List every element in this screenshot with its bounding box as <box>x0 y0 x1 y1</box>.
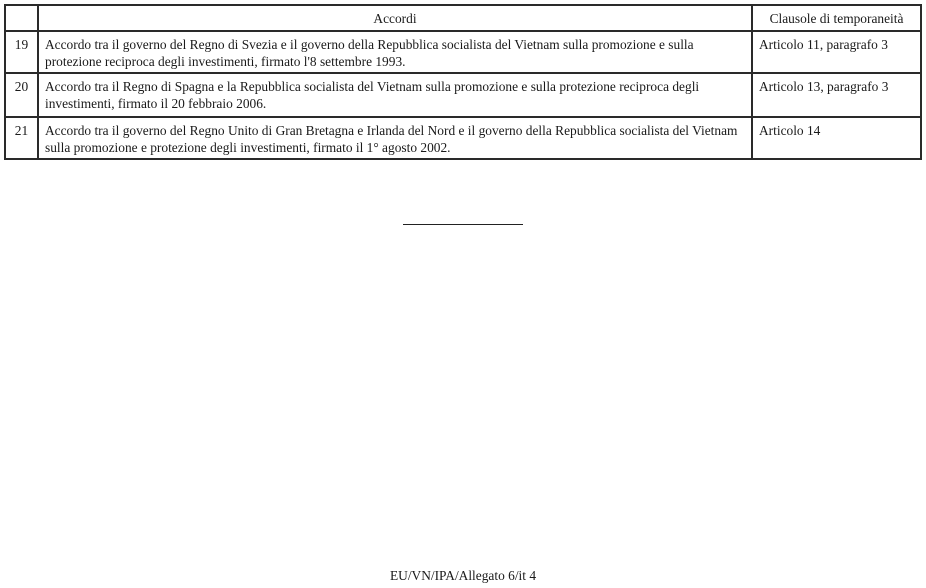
row-number: 19 <box>5 31 38 73</box>
clause-reference: Articolo 14 <box>752 117 921 159</box>
header-agreements: Accordi <box>38 5 752 31</box>
row-number: 21 <box>5 117 38 159</box>
agreements-table: Accordi Clausole di temporaneità 19 Acco… <box>4 4 922 160</box>
agreement-text: Accordo tra il governo del Regno di Svez… <box>38 31 752 73</box>
header-number <box>5 5 38 31</box>
table-row: 19 Accordo tra il governo del Regno di S… <box>5 31 921 73</box>
row-number: 20 <box>5 73 38 117</box>
end-of-document-rule <box>403 224 523 225</box>
page-footer-reference: EU/VN/IPA/Allegato 6/it 4 <box>0 568 926 584</box>
header-sunset-clauses: Clausole di temporaneità <box>752 5 921 31</box>
clause-reference: Articolo 11, paragrafo 3 <box>752 31 921 73</box>
table-row: 20 Accordo tra il Regno di Spagna e la R… <box>5 73 921 117</box>
agreement-text: Accordo tra il Regno di Spagna e la Repu… <box>38 73 752 117</box>
clause-reference: Articolo 13, paragrafo 3 <box>752 73 921 117</box>
agreement-text: Accordo tra il governo del Regno Unito d… <box>38 117 752 159</box>
table-row: 21 Accordo tra il governo del Regno Unit… <box>5 117 921 159</box>
table-header-row: Accordi Clausole di temporaneità <box>5 5 921 31</box>
